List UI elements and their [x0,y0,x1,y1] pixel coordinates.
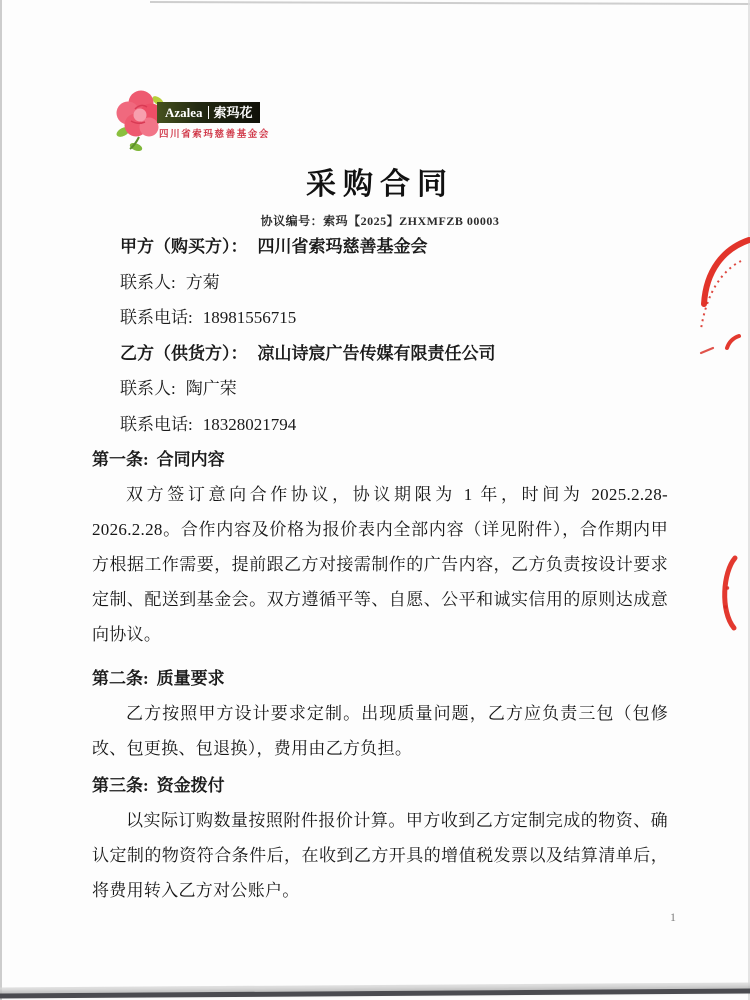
scan-edge-top [150,1,750,5]
logo-org-name: 四川省索玛慈善基金会 [159,126,270,140]
clause-2-number: 第二条: [92,669,149,688]
party-b-name: 凉山诗宸广告传媒有限责任公司 [258,344,496,363]
party-a-phone-line: 联系电话:18981556715 [120,300,668,336]
contact-label: 联系人: [120,273,176,292]
clause-2-heading: 第二条:质量要求 [92,661,668,696]
clause-2-body: 乙方按照甲方设计要求定制。出现质量问题，乙方应负责三包（包修改、包更换、包退换）… [92,696,668,766]
clause-3-heading: 第三条:资金拨付 [92,768,668,803]
logo-banner: Azalea 索玛花 [157,102,260,123]
party-a-name: 四川省索玛慈善基金会 [258,237,428,256]
party-a-line: 甲方（购买方）：四川省索玛慈善基金会 [120,229,668,265]
contact-label: 联系人: [120,379,176,398]
clause-1-body: 双方签订意向合作协议，协议期限为 1 年，时间为 2025.2.28-2026.… [92,477,668,652]
party-a-label: 甲方（购买方）： [120,237,248,256]
party-a-phone: 18981556715 [203,308,297,327]
clause-3-number: 第三条: [92,776,149,795]
phone-label: 联系电话: [120,415,193,434]
logo-name-en: Azalea [165,104,203,121]
party-b-contact: 陶广荣 [186,379,237,398]
party-b-label: 乙方（供货方）： [120,344,248,363]
party-b-contact-line: 联系人:陶广荣 [120,371,668,407]
red-seal-partial-icon [690,230,750,670]
scanned-contract-page: Azalea 索玛花 四川省索玛慈善基金会 采购合同 协议编号：索玛【2025】… [0,0,750,1000]
clause-3-title: 资金拨付 [157,776,225,795]
party-a-contact-line: 联系人:方菊 [120,265,668,301]
org-logo: Azalea 索玛花 四川省索玛慈善基金会 [115,85,295,155]
title-block: 采购合同 协议编号：索玛【2025】ZHXMFZB 00003 [92,159,668,229]
clause-1-heading: 第一条:合同内容 [92,442,668,477]
party-a-contact: 方菊 [186,273,220,292]
party-b-line: 乙方（供货方）：凉山诗宸广告传媒有限责任公司 [120,336,668,372]
logo-banner-divider [208,106,209,119]
page-number: 1 [670,910,676,925]
clause-3-body: 以实际订购数量按照附件报价计算。甲方收到乙方定制完成的物资、确认定制的物资符合条… [92,803,668,908]
section-clause-2: 第二条:质量要求 乙方按照甲方设计要求定制。出现质量问题，乙方应负责三包（包修改… [92,661,668,766]
clause-2-title: 质量要求 [157,669,225,688]
clause-1-number: 第一条: [92,450,149,469]
scan-edge-left [0,0,2,1000]
section-clause-1: 第一条:合同内容 双方签订意向合作协议，协议期限为 1 年，时间为 2025.2… [92,442,668,652]
clause-1-title: 合同内容 [157,450,225,469]
contract-body: 甲方（购买方）：四川省索玛慈善基金会 联系人:方菊 联系电话:189815567… [92,229,668,908]
parties-block: 甲方（购买方）：四川省索玛慈善基金会 联系人:方菊 联系电话:189815567… [120,229,668,442]
agreement-number: 协议编号：索玛【2025】ZHXMFZB 00003 [92,212,668,229]
phone-label: 联系电话: [120,308,193,327]
contract-title: 采购合同 [92,159,668,203]
party-b-phone-line: 联系电话:18328021794 [120,407,668,443]
section-clause-3: 第三条:资金拨付 以实际订购数量按照附件报价计算。甲方收到乙方定制完成的物资、确… [92,768,668,908]
logo-name-cn: 索玛花 [214,104,253,121]
party-b-phone: 18328021794 [203,415,297,434]
